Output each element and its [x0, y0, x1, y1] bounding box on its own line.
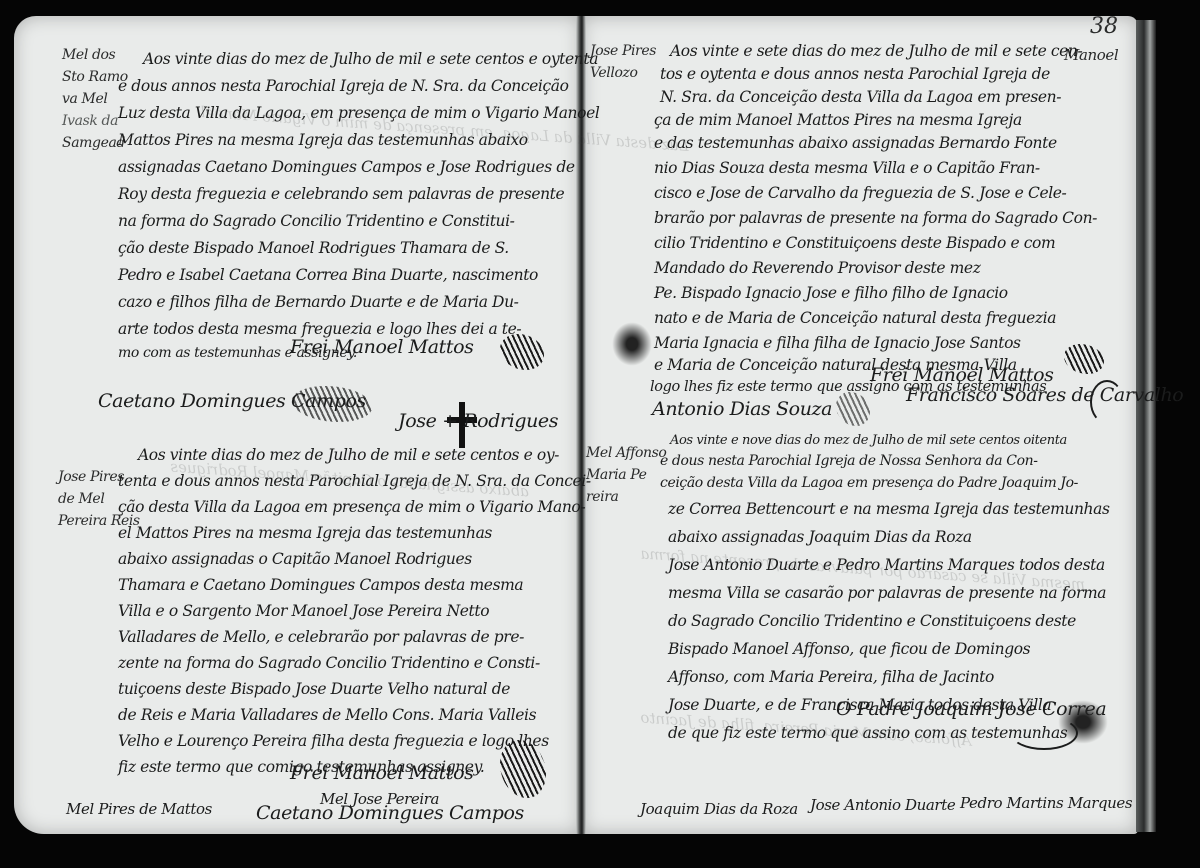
entry-line: mesma Villa se casarão por palavras de p… [668, 578, 1106, 608]
entry-line: de que fiz este termo que assino com as … [668, 718, 1067, 748]
margin-note-line: reira [586, 486, 666, 508]
entry-line: ção deste Bispado Manoel Rodrigues Thama… [118, 233, 509, 263]
margin-note-line: Jose Pires [590, 40, 656, 62]
signature-paraph [1010, 716, 1078, 750]
ink-smudge [612, 322, 652, 366]
page-number: 38 [1090, 14, 1118, 39]
witness-signature: Mel Pires de Mattos [66, 800, 212, 818]
book-gutter [576, 16, 586, 834]
entry-line: e dous annos nesta Parochial Igreja de N… [118, 71, 569, 101]
priest-signature: Frei Manoel Mattos [870, 364, 1054, 386]
entry-line: Affonso, com Maria Pereira, filha de Jac… [668, 662, 994, 692]
entry-line: Roy desta freguezia e celebrando sem pal… [118, 179, 564, 209]
witness-signature: Joaquim Dias da Roza [640, 800, 798, 818]
margin-note-line: Vellozo [590, 62, 656, 84]
entry-line: na forma do Sagrado Concilio Tridentino … [118, 206, 515, 236]
entry-line: assignadas Caetano Domingues Campos e Jo… [118, 152, 575, 182]
entry-line: ze Correa Bettencourt e na mesma Igreja … [668, 494, 1110, 524]
entry-line: do Sagrado Concilio Tridentino e Constit… [668, 606, 1076, 636]
entry-line: Mattos Pires na mesma Igreja das testemu… [118, 125, 528, 155]
margin-note-line: Maria Pe [586, 464, 666, 486]
witness-signature: Jose + Rodrigues [398, 410, 558, 432]
entry-line: Bispado Manoel Affonso, que ficou de Dom… [668, 634, 1030, 664]
entry-line: cazo e filhos filha de Bernardo Duarte e… [118, 287, 519, 317]
witness-signature: Antonio Dias Souza [652, 398, 832, 420]
entry-line: Jose Antonio Duarte e Pedro Martins Marq… [668, 550, 1105, 580]
entry-line: Aos vinte dias do mez de Julho de mil e … [143, 44, 598, 74]
margin-note-right-2: Mel Affonso Maria Pe reira [586, 442, 666, 508]
entry-line: Luz desta Villa da Lagoa, em presença de… [118, 98, 599, 128]
margin-note-right-1: Jose Pires Vellozo [590, 40, 656, 84]
signature-paraph [1090, 380, 1124, 424]
page-edges-right [1136, 20, 1156, 832]
priest-signature: Frei Manoel Mattos [290, 762, 474, 784]
entry-line: abaixo assignadas Joaquim Dias da Roza [668, 522, 972, 552]
witness-signature: Francisco Soares de Carvalho [906, 384, 1183, 406]
margin-note-line: Mel dos [62, 44, 128, 66]
witness-signature: Pedro Martins Marques [960, 794, 1132, 812]
manuscript-spread: Luz desta Villa da Lagoa, em presença de… [0, 0, 1200, 868]
priest-signature: Frei Manoel Mattos [290, 336, 474, 358]
entry-line: Pedro e Isabel Caetana Correa Bina Duart… [118, 260, 538, 290]
margin-note-line: Mel Affonso [586, 442, 666, 464]
witness-signature: Jose Antonio Duarte [810, 796, 955, 814]
witness-signature: Caetano Domingues Campos [256, 802, 524, 824]
